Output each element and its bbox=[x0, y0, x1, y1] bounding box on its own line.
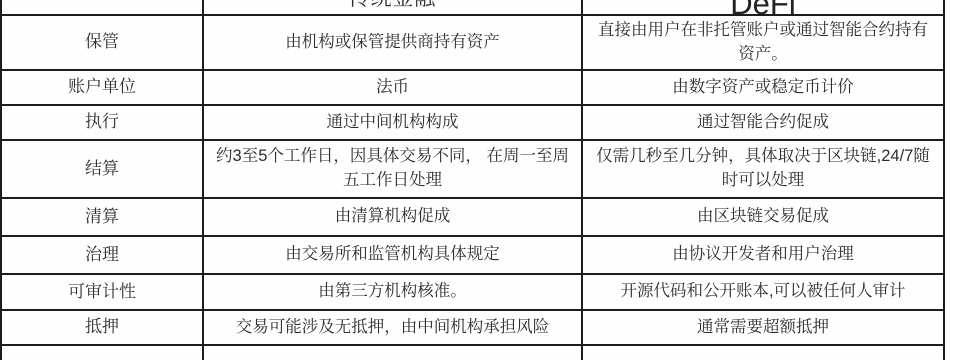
row-settlement-defi: 仅需几秒至几分钟，具体取决于区块链,24/7随时可以处理 bbox=[583, 141, 945, 199]
row-partial-label bbox=[2, 346, 204, 360]
row-collateral-label: 抵押 bbox=[2, 311, 204, 346]
row-governance-label: 治理 bbox=[2, 237, 204, 275]
row-partial-defi bbox=[583, 346, 945, 360]
header-tradfi-label: 传统金融 bbox=[204, 0, 581, 14]
row-custody-tradfi: 由机构或保管提供商持有资产 bbox=[204, 16, 583, 71]
row-execution-defi: 通过智能合约促成 bbox=[583, 106, 945, 141]
row-collateral-defi: 通常需要超额抵押 bbox=[583, 311, 945, 346]
row-account-unit-defi: 由数字资产或稳定币计价 bbox=[583, 71, 945, 106]
row-settlement-label: 结算 bbox=[2, 141, 204, 199]
comparison-grid: 传统金融 DeFi 保管 由机构或保管提供商持有资产 直接由用户在非托管账户或通… bbox=[2, 0, 945, 360]
row-execution-label: 执行 bbox=[2, 106, 204, 141]
header-defi-label: DeFi bbox=[583, 0, 943, 16]
header-tradfi: 传统金融 bbox=[204, 0, 583, 16]
row-account-unit-label: 账户单位 bbox=[2, 71, 204, 106]
row-auditability-tradfi: 由第三方机构核准。 bbox=[204, 275, 583, 311]
row-clearing-label: 清算 bbox=[2, 199, 204, 237]
row-auditability-defi: 开源代码和公开账本,可以被任何人审计 bbox=[583, 275, 945, 311]
row-custody-defi: 直接由用户在非托管账户或通过智能合约持有资产。 bbox=[583, 16, 945, 71]
row-clearing-defi: 由区块链交易促成 bbox=[583, 199, 945, 237]
row-collateral-tradfi: 交易可能涉及无抵押，由中间机构承担风险 bbox=[204, 311, 583, 346]
row-execution-tradfi: 通过中间机构构成 bbox=[204, 106, 583, 141]
header-label-column bbox=[2, 0, 204, 16]
row-custody-label: 保管 bbox=[2, 16, 204, 71]
row-governance-defi: 由协议开发者和用户治理 bbox=[583, 237, 945, 275]
row-governance-tradfi: 由交易所和监管机构具体规定 bbox=[204, 237, 583, 275]
row-account-unit-tradfi: 法币 bbox=[204, 71, 583, 106]
row-settlement-tradfi: 约3至5个工作日，因具体交易不同， 在周一至周五工作日处理 bbox=[204, 141, 583, 199]
comparison-table: 传统金融 DeFi 保管 由机构或保管提供商持有资产 直接由用户在非托管账户或通… bbox=[0, 0, 945, 360]
header-defi: DeFi bbox=[583, 0, 945, 16]
row-partial-tradfi bbox=[204, 346, 583, 360]
row-clearing-tradfi: 由清算机构促成 bbox=[204, 199, 583, 237]
row-auditability-label: 可审计性 bbox=[2, 275, 204, 311]
